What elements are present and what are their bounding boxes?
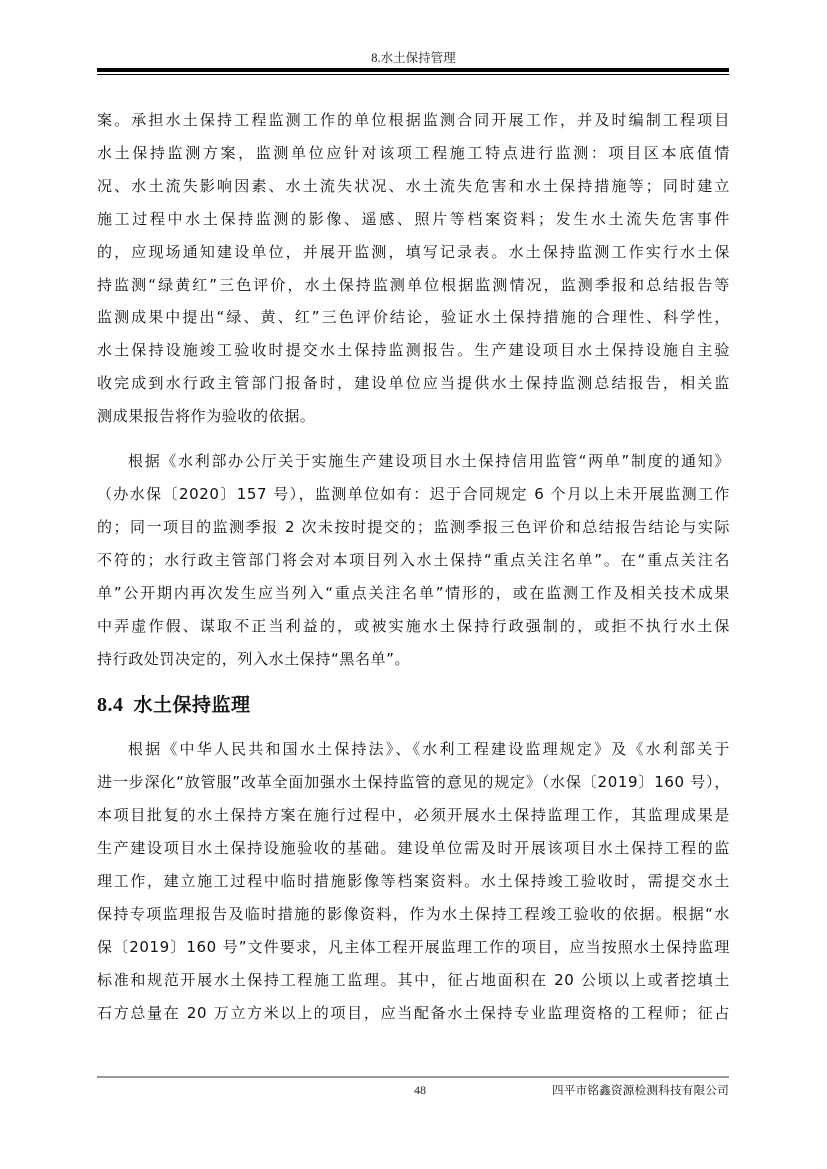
header-rule-thin	[97, 74, 729, 75]
text-line: 根据《中华人民共和国水土保持法》、《水利工程建设监理规定》及《水利部关于	[97, 733, 730, 766]
text-line: 案。承担水土保持工程监测工作的单位根据监测合同开展工作，并及时编制工程项目	[97, 104, 730, 137]
text-line: 持行政处罚决定的，列入水土保持“黑名单”。	[97, 643, 730, 676]
text-line: 况、水土流失影响因素、水土流失状况、水土流失危害和水土保持措施等；同时建立	[97, 170, 730, 203]
text-line: （办水保〔2020〕157 号），监测单位如有：迟于合同规定 6 个月以上未开展…	[97, 478, 730, 511]
text-line: 的；同一项目的监测季报 2 次未按时提交的；监测季报三色评价和总结报告结论与实际	[97, 511, 730, 544]
text-line: 进一步深化“放管服”改革全面加强水土保持监管的意见的规定》（水保〔2019〕16…	[97, 766, 730, 799]
text-line: 收完成到水行政主管部门报备时，建设单位应当提供水土保持监测总结报告，相关监	[97, 367, 730, 400]
company-name: 四平市铭鑫资源检测科技有限公司	[552, 1082, 729, 1098]
header-rule-thick	[97, 68, 729, 72]
text-line: 中弄虚作假、谋取不正当利益的，或被实施水土保持行政强制的，或拒不执行水土保	[97, 610, 730, 643]
text-line: 施工过程中水土保持监测的影像、遥感、照片等档案资料；发生水土流失危害事件	[97, 203, 730, 236]
text-line: 本项目批复的水土保持方案在施行过程中，必须开展水土保持监理工作，其监理成果是	[97, 799, 730, 832]
text-line: 生产建设项目水土保持设施验收的基础。建设单位需及时开展该项目水土保持工程的监	[97, 832, 730, 865]
page-number: 48	[414, 1083, 426, 1098]
text-line: 不符的；水行政主管部门将会对本项目列入水土保持“重点关注名单”。在“重点关注名	[97, 544, 730, 577]
text-line: 单”公开期内再次发生应当列入“重点关注名单”情形的，或在监测工作及相关技术成果	[97, 577, 730, 610]
section-title: 水土保持监理	[134, 694, 251, 716]
paragraph-two-lists-policy: 根据《水利部办公厅关于实施生产建设项目水土保持信用监管“两单”制度的通知》 （办…	[97, 445, 730, 675]
text-line: 理工作，建立施工过程中临时措施影像等档案资料。水土保持竣工验收时，需提交水土	[97, 865, 730, 898]
text-line: 监测成果中提出“绿、黄、红”三色评价结论，验证水土保持措施的合理性、科学性，	[97, 301, 730, 334]
running-header-title: 8.水土保持管理	[0, 48, 827, 66]
text-line: 持监测“绿黄红”三色评价，水土保持监测单位根据监测情况，监测季报和总结报告等	[97, 269, 730, 302]
paragraph-supervision: 根据《中华人民共和国水土保持法》、《水利工程建设监理规定》及《水利部关于 进一步…	[97, 733, 730, 1029]
text-line: 的，应现场通知建设单位，并展开监测，填写记录表。水土保持监测工作实行水土保	[97, 236, 730, 269]
section-number: 8.4	[97, 694, 124, 716]
text-line: 测成果报告将作为验收的依据。	[97, 400, 730, 433]
paragraph-monitoring-continued: 案。承担水土保持工程监测工作的单位根据监测合同开展工作，并及时编制工程项目 水土…	[97, 104, 730, 433]
section-heading-8-4: 8.4水土保持监理	[97, 689, 730, 721]
footer-rule	[97, 1076, 729, 1078]
text-line: 水土保持设施竣工验收时提交水土保持监测报告。生产建设项目水土保持设施自主验	[97, 334, 730, 367]
text-line: 保〔2019〕160 号”文件要求，凡主体工程开展监理工作的项目，应当按照水土保…	[97, 931, 730, 964]
text-line: 水土保持监测方案，监测单位应针对该项工程施工特点进行监测：项目区本底值情	[97, 137, 730, 170]
text-line: 标准和规范开展水土保持工程施工监理。其中，征占地面积在 20 公顷以上或者挖填土	[97, 964, 730, 997]
text-line: 石方总量在 20 万立方米以上的项目，应当配备水土保持专业监理资格的工程师；征占	[97, 997, 730, 1030]
page-body: 案。承担水土保持工程监测工作的单位根据监测合同开展工作，并及时编制工程项目 水土…	[97, 104, 730, 1030]
text-line: 保持专项监理报告及临时措施的影像资料，作为水土保持工程竣工验收的依据。根据“水	[97, 898, 730, 931]
text-line: 根据《水利部办公厅关于实施生产建设项目水土保持信用监管“两单”制度的通知》	[97, 445, 730, 478]
